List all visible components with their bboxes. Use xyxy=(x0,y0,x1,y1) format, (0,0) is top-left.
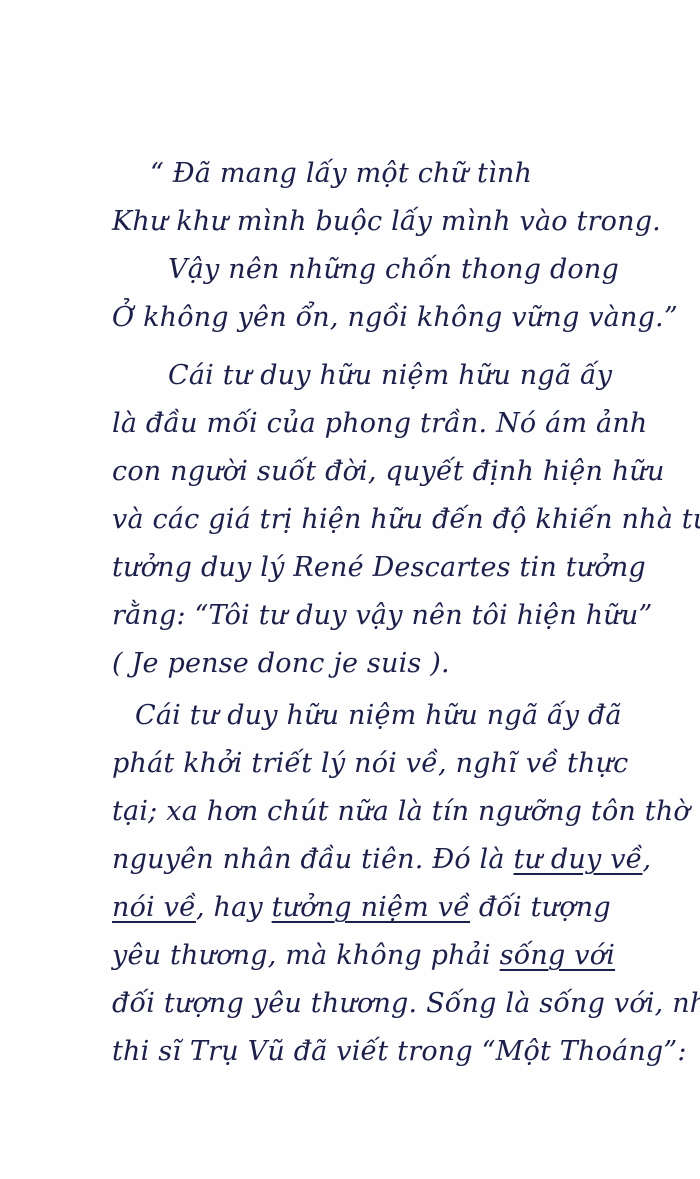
paragraph-2-line-8: thi sĩ Trụ Vũ đã viết trong “Một Thoáng”… xyxy=(112,1036,687,1067)
quote-line-3: Vậy nên những chốn thong dong xyxy=(168,254,619,285)
punctuation: , xyxy=(643,844,652,875)
quote-line-4: Ở không yên ổn, ngồi không vững vàng.” xyxy=(112,302,678,333)
paragraph-2-line-1: Cái tư duy hữu niệm hữu ngã ấy đã xyxy=(135,700,622,731)
underlined-phrase: sống với xyxy=(500,940,615,971)
paragraph-2-line-3: tại; xa hơn chút nữa là tín ngưỡng tôn t… xyxy=(112,796,690,827)
quote-line-2: Khư khư mình buộc lấy mình vào trong. xyxy=(112,206,661,237)
paragraph-2-line-4: nguyên nhân đầu tiên. Đó là tư duy về, xyxy=(112,844,651,875)
paragraph-2-line-2: phát khởi triết lý nói về, nghĩ về thực xyxy=(112,748,629,779)
line-text: đối tượng xyxy=(470,892,611,923)
underlined-phrase: tưởng niệm về xyxy=(272,892,470,923)
paragraph-1-line-7: ( Je pense donc je suis ). xyxy=(112,648,450,679)
line-text: , hay xyxy=(196,892,272,923)
line-text: nguyên nhân đầu tiên. Đó là xyxy=(112,844,505,875)
paragraph-1-line-2: là đầu mối của phong trần. Nó ám ảnh xyxy=(112,408,648,439)
paragraph-1-line-1: Cái tư duy hữu niệm hữu ngã ấy xyxy=(168,360,612,391)
paragraph-2-line-5: nói về, hay tưởng niệm về đối tượng xyxy=(112,892,611,923)
paragraph-1-line-3: con người suốt đời, quyết định hiện hữu xyxy=(112,456,665,487)
paragraph-1-line-6: rằng: “Tôi tư duy vậy nên tôi hiện hữu” xyxy=(112,600,652,631)
paragraph-1-line-4: và các giá trị hiện hữu đến độ khiến nhà… xyxy=(112,504,700,535)
book-page: “ Đã mang lấy một chữ tình Khư khư mình … xyxy=(0,0,700,1179)
underlined-phrase: tư duy về xyxy=(514,844,643,875)
underlined-phrase: nói về xyxy=(112,892,196,923)
paragraph-2-line-7: đối tượng yêu thương. Sống là sống với, … xyxy=(112,988,700,1019)
quote-line-1: “ Đã mang lấy một chữ tình xyxy=(150,158,532,189)
paragraph-2-line-6: yêu thương, mà không phải sống với xyxy=(112,940,615,971)
line-text: yêu thương, mà không phải xyxy=(112,940,500,971)
paragraph-1-line-5: tưởng duy lý René Descartes tin tưởng xyxy=(112,552,646,583)
